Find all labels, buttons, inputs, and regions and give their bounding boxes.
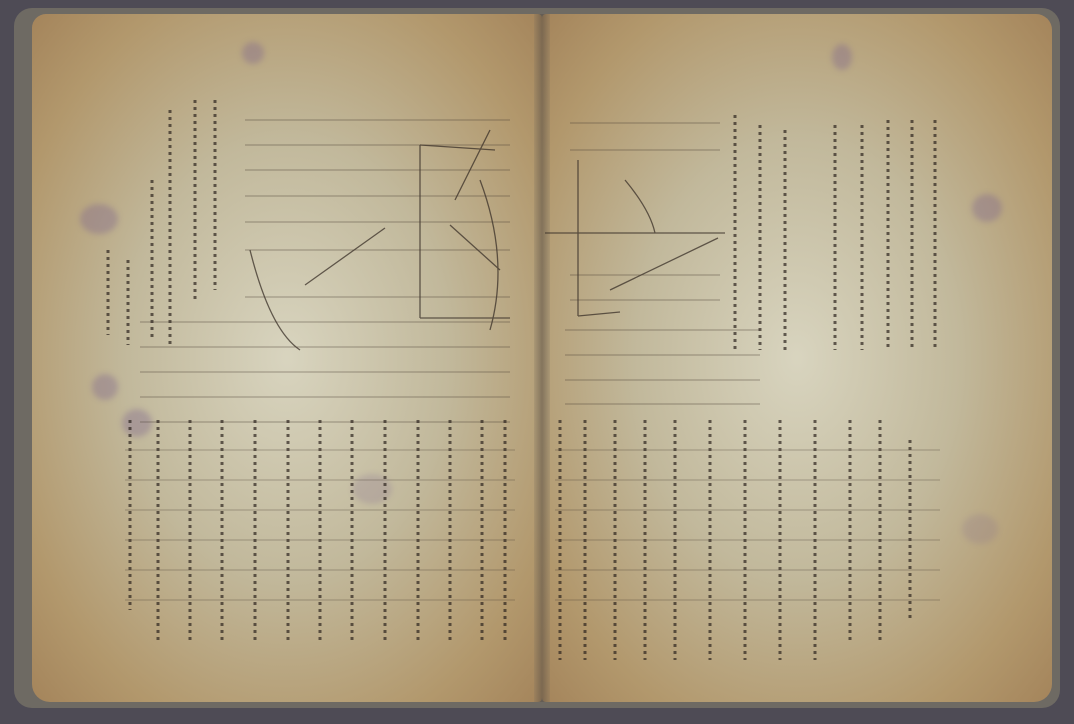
undertext-lines xyxy=(140,120,760,422)
right-diagram xyxy=(545,160,725,316)
manuscript-ink-layer xyxy=(0,0,1074,724)
vertical-overtext-left xyxy=(108,100,505,640)
undertext-lines-lower xyxy=(125,450,940,600)
vertical-overtext-right xyxy=(560,115,935,660)
left-diagram xyxy=(250,130,510,350)
